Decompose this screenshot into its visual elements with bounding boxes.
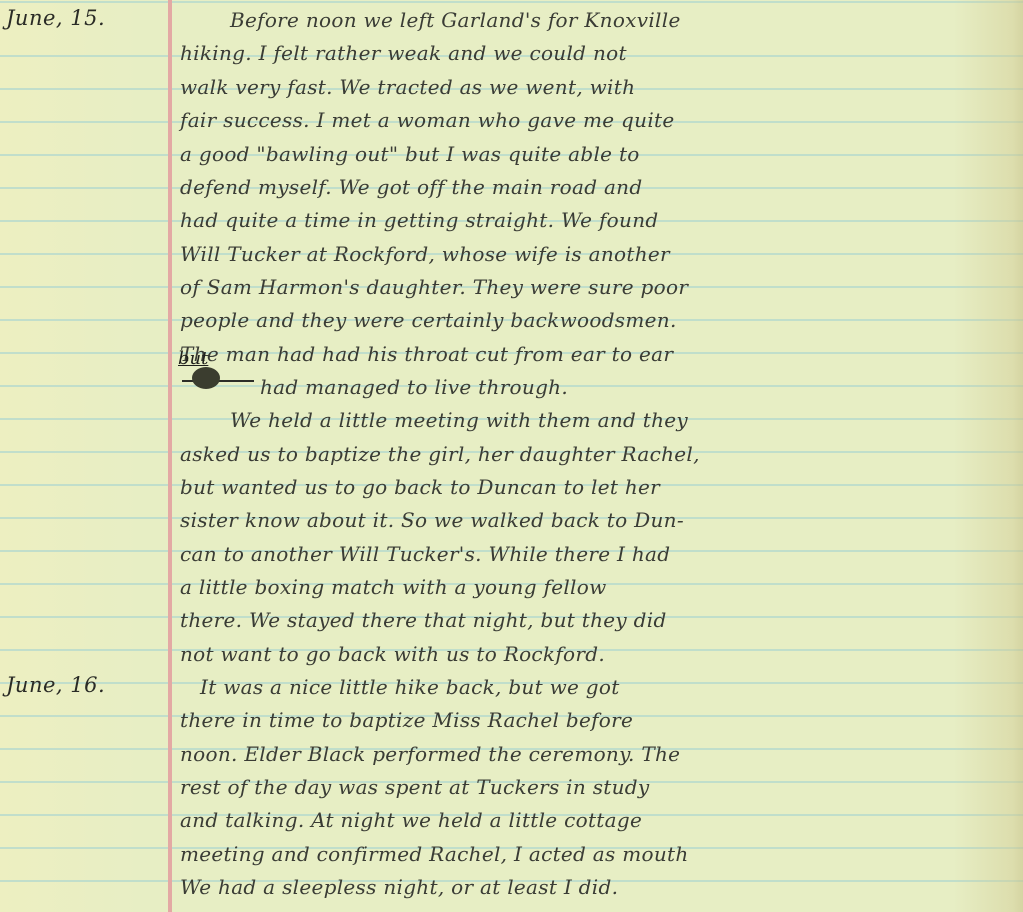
entry-line: had quite a time in getting straight. We… [180, 208, 1020, 232]
entry-line: there in time to baptize Miss Rachel bef… [180, 708, 1020, 732]
entry-line: rest of the day was spent at Tuckers in … [180, 775, 1020, 799]
entry-line: people and they were certainly backwoods… [180, 308, 1020, 332]
entry-line: noon. Elder Black performed the ceremony… [180, 742, 1020, 766]
journal-page: June, 15. Before noon we left Garland's … [0, 0, 1023, 912]
entry-line: It was a nice little hike back, but we g… [200, 675, 1023, 699]
entry-line: of Sam Harmon's daughter. They were sure… [180, 275, 1020, 299]
entry-line: We had a sleepless night, or at least I … [180, 875, 1020, 899]
entry-line: but wanted us to go back to Duncan to le… [180, 475, 1020, 499]
entry-line: walk very fast. We tracted as we went, w… [180, 75, 1020, 99]
entry-line: there. We stayed there that night, but t… [180, 608, 1020, 632]
entry-date: June, 15. [6, 6, 105, 30]
margin-line [168, 0, 172, 912]
entry-line: defend myself. We got off the main road … [180, 175, 1020, 199]
entry-line: sister know about it. So we walked back … [180, 508, 1020, 532]
entry-line: a little boxing match with a young fello… [180, 575, 1020, 599]
entry-line: and talking. At night we held a little c… [180, 808, 1020, 832]
ink-blot [192, 367, 220, 389]
entry-line: Before noon we left Garland's for Knoxvi… [230, 8, 1023, 32]
entry-line: fair success. I met a woman who gave me … [180, 108, 1020, 132]
entry-line: We held a little meeting with them and t… [230, 408, 1023, 432]
inserted-word: but [178, 348, 208, 369]
entry-date: June, 16. [6, 673, 105, 697]
entry-line: meeting and confirmed Rachel, I acted as… [180, 842, 1020, 866]
entry-line: not want to go back with us to Rockford. [180, 642, 1020, 666]
entry-line: a good "bawling out" but I was quite abl… [180, 142, 1020, 166]
entry-line: hiking. I felt rather weak and we could … [180, 41, 1020, 65]
entry-line: can to another Will Tucker's. While ther… [180, 542, 1020, 566]
entry-line: asked us to baptize the girl, her daught… [180, 442, 1020, 466]
entry-line: The man had had his throat cut from ear … [180, 342, 1020, 366]
entry-line: Will Tucker at Rockford, whose wife is a… [180, 242, 1020, 266]
entry-line: had managed to live through. [260, 375, 1023, 399]
